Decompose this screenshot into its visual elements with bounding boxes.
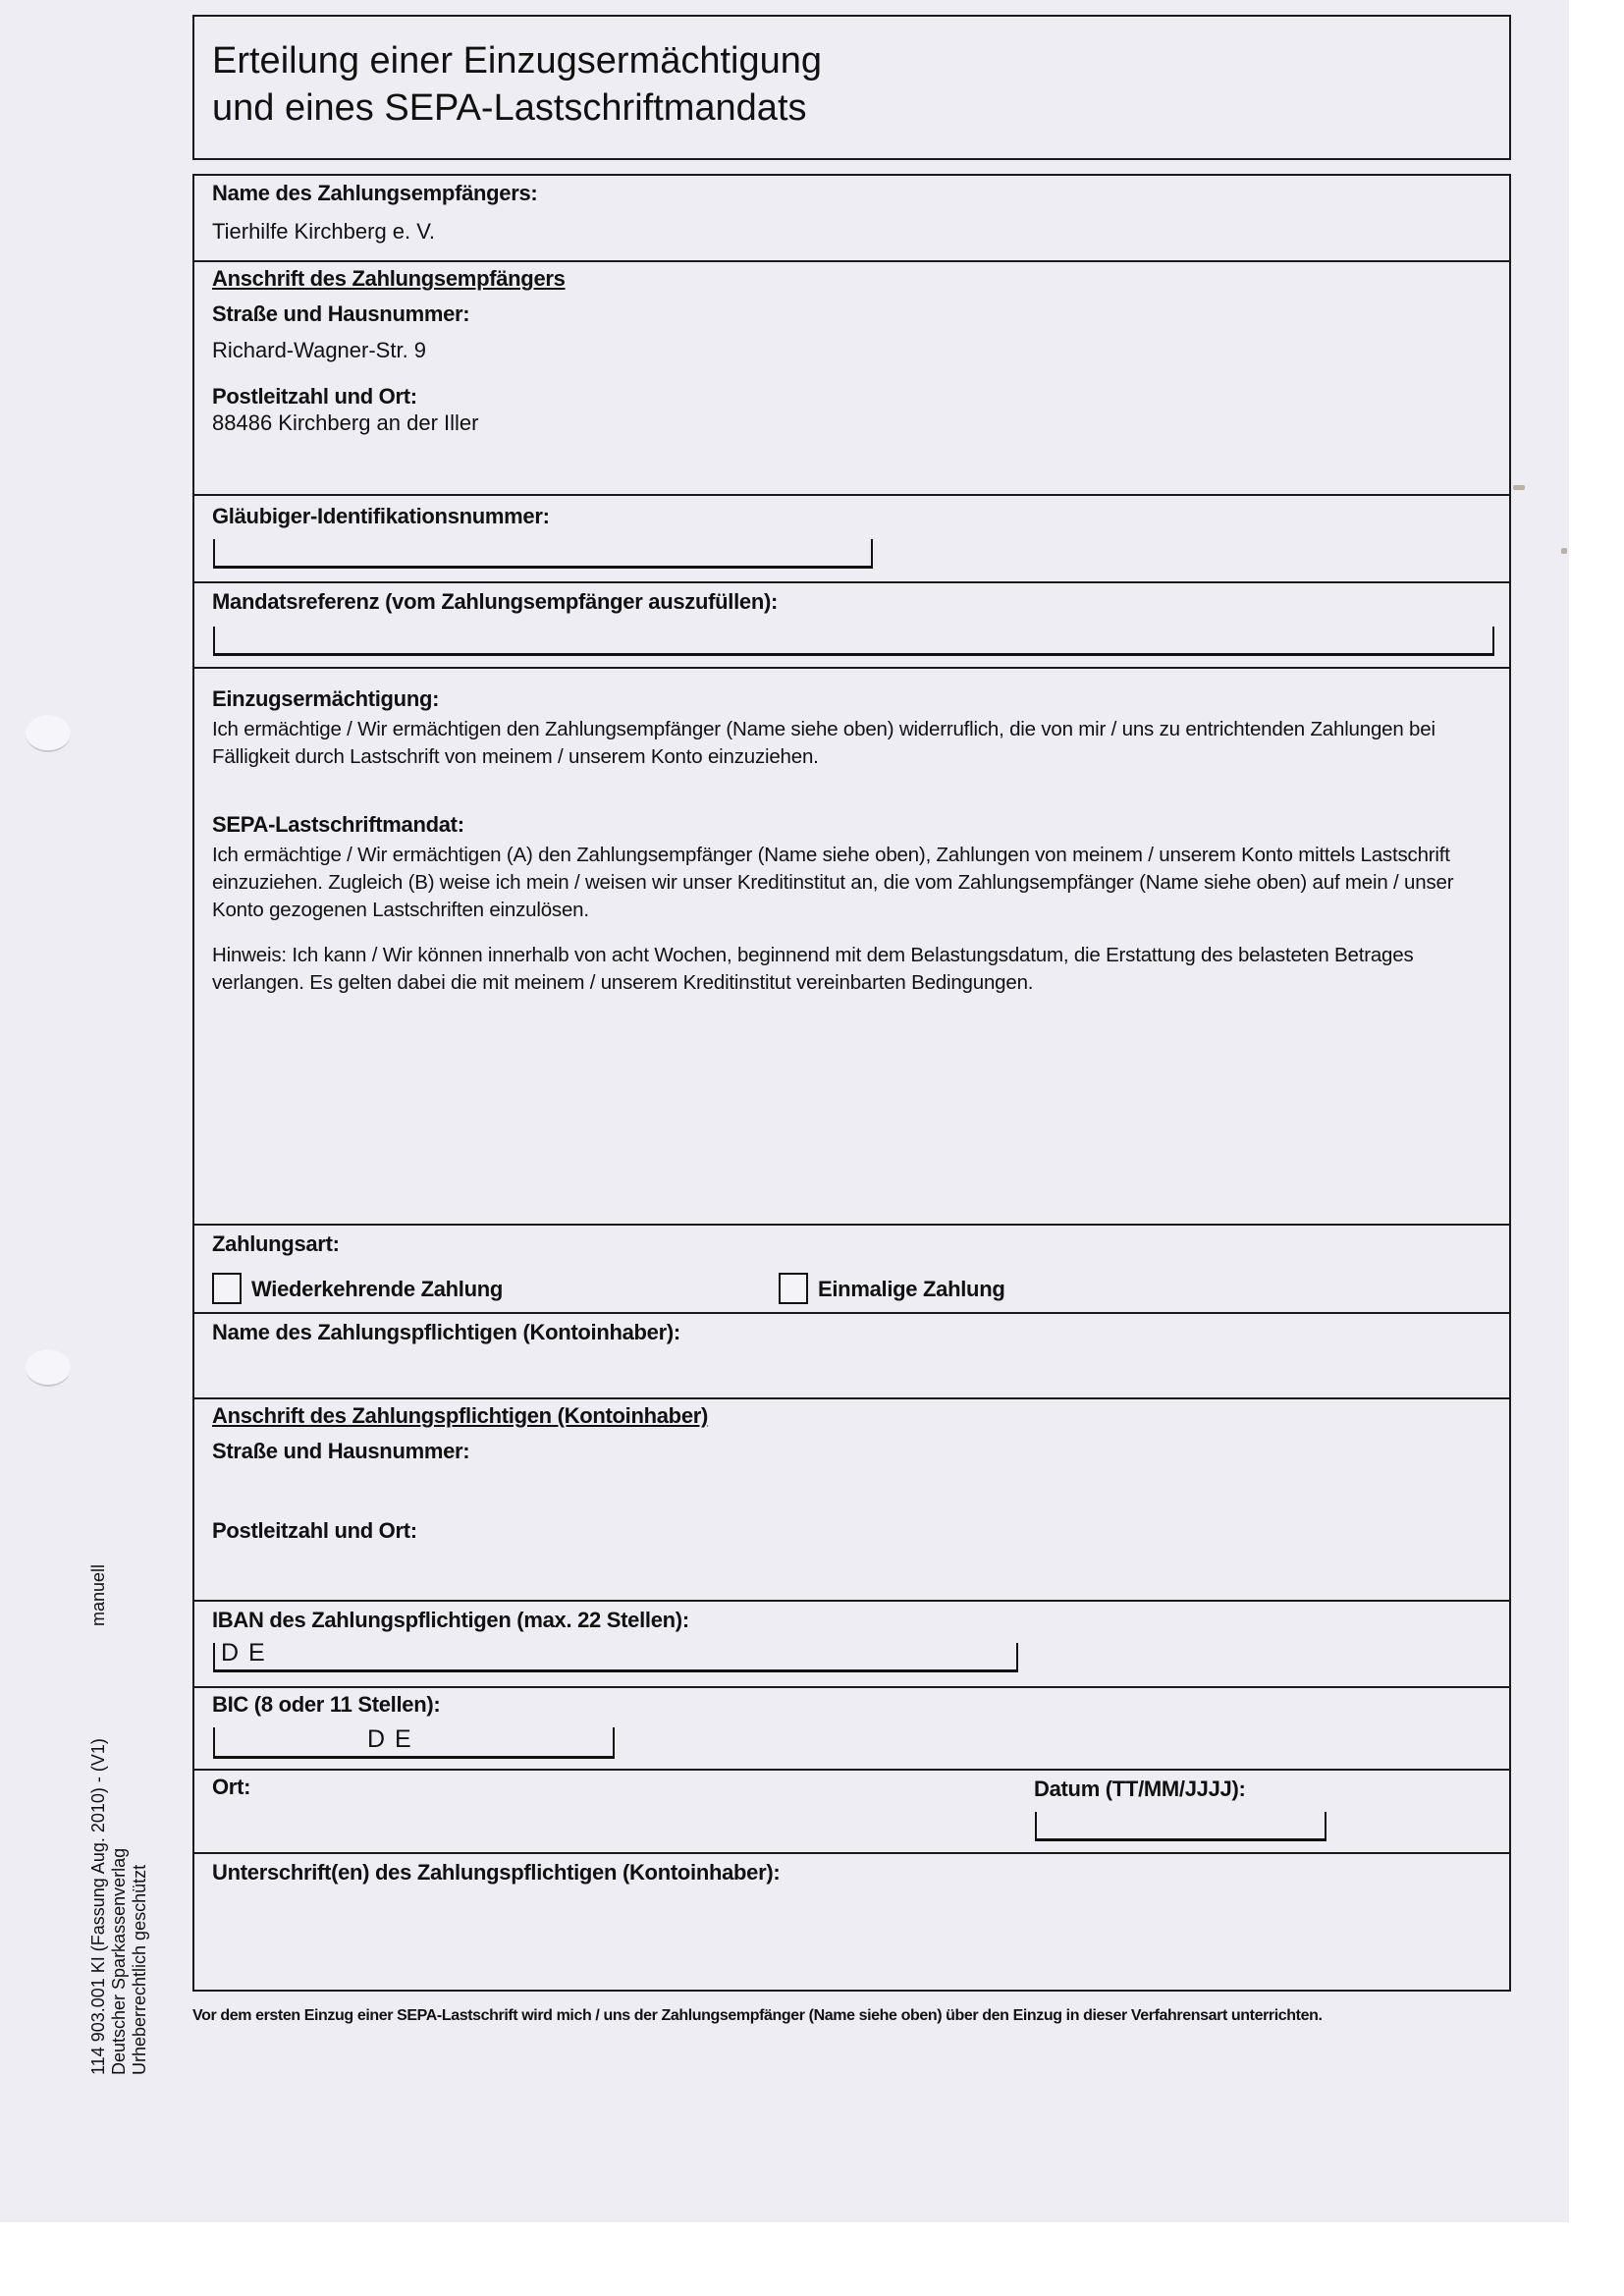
payer-city-label: Postleitzahl und Ort: — [212, 1518, 417, 1544]
form-mode-label: manuell — [88, 1564, 109, 1626]
sepa-mandate-note: Hinweis: Ich kann / Wir können innerhalb… — [212, 942, 1489, 997]
payment-type-label: Zahlungsart: — [212, 1231, 340, 1257]
scan-speck — [1561, 548, 1567, 554]
payee-city-value: 88486 Kirchberg an der Iller — [212, 410, 479, 436]
form-mode-text: manuell — [88, 1564, 109, 1626]
payer-name-section: Name des Zahlungspflichtigen (Kontoinhab… — [194, 1312, 1509, 1397]
sepa-mandate-text: Ich ermächtige / Wir ermächtigen (A) den… — [212, 842, 1489, 924]
payee-name-value: Tierhilfe Kirchberg e. V. — [212, 219, 435, 245]
payee-address-section: Anschrift des Zahlungsempfängers Straße … — [194, 260, 1509, 494]
authorization-section: Einzugsermächtigung: Ich ermächtige / Wi… — [194, 667, 1509, 1224]
iban-label: IBAN des Zahlungspflichtigen (max. 22 St… — [212, 1608, 689, 1633]
document-title-line1: Erteilung einer Einzugsermächtigung — [212, 38, 822, 83]
document-title-line2: und eines SEPA-Lastschriftmandats — [212, 85, 807, 131]
authorization-text: Ich ermächtige / Wir ermächtigen den Zah… — [212, 716, 1489, 771]
bic-country-prefix: DE — [367, 1725, 421, 1754]
signature-section[interactable]: Unterschrift(en) des Zahlungspflichtigen… — [194, 1852, 1509, 1990]
creditor-id-section: Gläubiger-Identifikationsnummer: — [194, 494, 1509, 581]
date-label: Datum (TT/MM/JJJJ): — [1034, 1777, 1246, 1802]
payee-city-label: Postleitzahl und Ort: — [212, 384, 417, 410]
mandate-reference-section: Mandatsreferenz (vom Zahlungsempfänger a… — [194, 581, 1509, 667]
payee-name-label: Name des Zahlungsempfängers: — [212, 181, 537, 206]
copyright-line: Urheberrechtlich geschützt — [130, 1738, 150, 2075]
payee-name-section: Name des Zahlungsempfängers: Tierhilfe K… — [194, 176, 1509, 260]
one-time-payment-checkbox[interactable] — [779, 1273, 808, 1304]
payee-street-label: Straße und Hausnummer: — [212, 301, 469, 327]
bic-label: BIC (8 oder 11 Stellen): — [212, 1692, 440, 1718]
iban-field[interactable]: DE — [213, 1643, 1018, 1672]
recurring-payment-label: Wiederkehrende Zahlung — [251, 1277, 503, 1302]
form-number-line: 114 903.001 KI (Fassung Aug. 2010) - (V1… — [88, 1738, 109, 2075]
creditor-id-label: Gläubiger-Identifikationsnummer: — [212, 504, 550, 529]
footnote: Vor dem ersten Einzug einer SEPA-Lastsch… — [192, 2007, 1323, 2025]
one-time-payment-label: Einmalige Zahlung — [818, 1277, 1004, 1302]
punch-hole-bottom — [26, 1349, 71, 1387]
date-field[interactable] — [1035, 1812, 1326, 1841]
signature-label: Unterschrift(en) des Zahlungspflichtigen… — [212, 1860, 780, 1886]
iban-country-prefix: DE — [221, 1639, 275, 1667]
bic-field[interactable]: DE — [213, 1727, 615, 1759]
mandate-form: Name des Zahlungsempfängers: Tierhilfe K… — [192, 174, 1511, 1992]
payment-type-section: Zahlungsart: Wiederkehrende Zahlung Einm… — [194, 1224, 1509, 1312]
authorization-heading: Einzugsermächtigung: — [212, 686, 439, 712]
bic-section: BIC (8 oder 11 Stellen): DE — [194, 1686, 1509, 1769]
publisher-line: Deutscher Sparkassenverlag — [109, 1738, 130, 2075]
payer-name-label: Name des Zahlungspflichtigen (Kontoinhab… — [212, 1320, 680, 1345]
scan-speck — [1513, 485, 1525, 490]
sepa-mandate-heading: SEPA-Lastschriftmandat: — [212, 812, 464, 838]
mandate-reference-field[interactable] — [213, 627, 1494, 656]
creditor-id-field[interactable] — [213, 539, 873, 569]
iban-section: IBAN des Zahlungspflichtigen (max. 22 St… — [194, 1600, 1509, 1686]
recurring-payment-checkbox[interactable] — [212, 1273, 242, 1304]
title-box: Erteilung einer Einzugsermächtigung und … — [192, 15, 1511, 160]
payee-street-value: Richard-Wagner-Str. 9 — [212, 338, 426, 363]
payer-address-heading: Anschrift des Zahlungspflichtigen (Konto… — [212, 1403, 708, 1429]
paper-sheet: Erteilung einer Einzugsermächtigung und … — [0, 0, 1569, 2222]
place-label: Ort: — [212, 1775, 250, 1800]
payer-street-label: Straße und Hausnummer: — [212, 1439, 469, 1464]
payee-address-heading: Anschrift des Zahlungsempfängers — [212, 266, 566, 292]
form-number-text: 114 903.001 KI (Fassung Aug. 2010) - (V1… — [88, 1738, 150, 2075]
punch-hole-top — [26, 715, 71, 752]
place-date-section: Ort: Datum (TT/MM/JJJJ): — [194, 1769, 1509, 1852]
payer-address-section: Anschrift des Zahlungspflichtigen (Konto… — [194, 1397, 1509, 1600]
mandate-reference-label: Mandatsreferenz (vom Zahlungsempfänger a… — [212, 589, 778, 615]
